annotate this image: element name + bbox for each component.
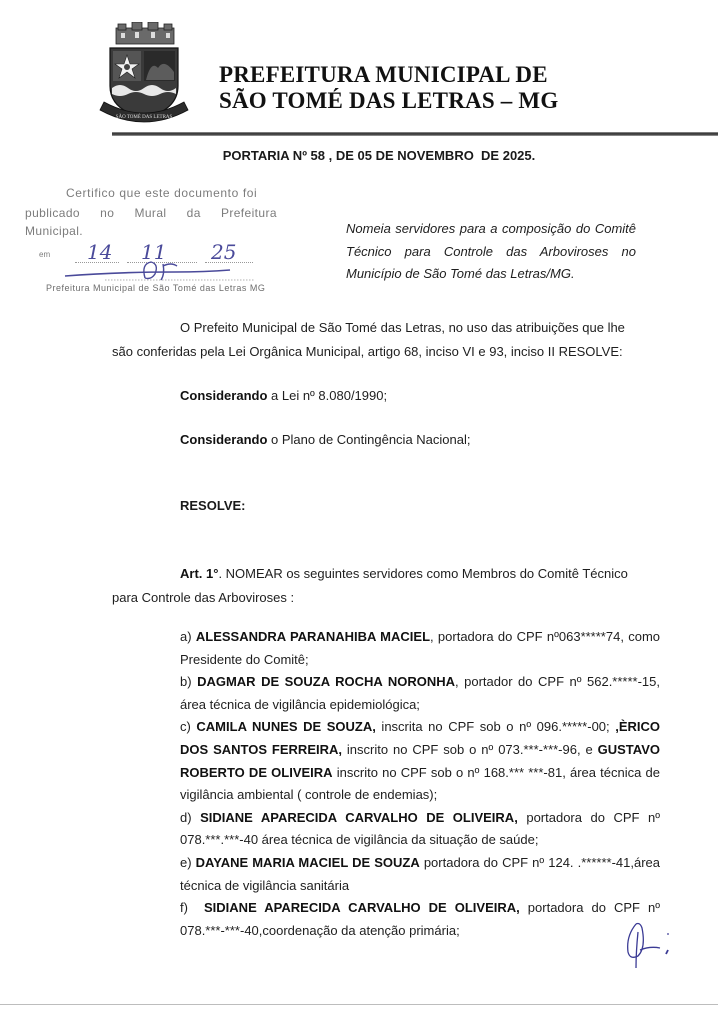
member-name: CAMILA NUNES DE SOUZA,: [196, 719, 375, 734]
stamp-line3: Municipal.: [25, 224, 83, 238]
header-title-line2: SÃO TOMÉ DAS LETRAS – MG: [219, 88, 558, 114]
member-name: ALESSANDRA PARANAHIBA MACIEL: [196, 629, 430, 644]
intro-paragraph: O Prefeito Municipal de São Tomé das Let…: [112, 316, 672, 364]
member-name: SIDIANE APARECIDA CARVALHO DE OLIVEIRA,: [200, 810, 518, 825]
article-1: Art. 1°. NOMEAR os seguintes servidores …: [112, 562, 672, 610]
ementa-summary: Nomeia servidores para a composição do C…: [346, 218, 636, 286]
member-name: SIDIANE APARECIDA CARVALHO DE OLIVEIRA,: [204, 900, 520, 915]
considerando-2: Considerando o Plano de Contingência Nac…: [180, 428, 471, 452]
member-name: DAGMAR DE SOUZA ROCHA NORONHA: [197, 674, 455, 689]
header-title-line1: PREFEITURA MUNICIPAL DE: [219, 62, 548, 88]
stamp-line1: Certifico que este documento foi: [66, 186, 257, 200]
stamp-date-prefix: em: [39, 250, 50, 259]
list-item: b) DAGMAR DE SOUZA ROCHA NORONHA, portad…: [180, 671, 660, 716]
stamp-word: publicado: [25, 206, 80, 220]
header-divider: [112, 132, 718, 136]
article-line2: para Controle das Arboviroses :: [112, 590, 294, 605]
svg-text:SÃO TOMÉ DAS LETRAS: SÃO TOMÉ DAS LETRAS: [116, 114, 173, 120]
considerando-label: Considerando: [180, 388, 267, 403]
stamp-word: Prefeitura: [221, 206, 277, 220]
member-name: DAYANE MARIA MACIEL DE SOUZA: [196, 855, 420, 870]
considerando-text: o Plano de Contingência Nacional;: [267, 432, 470, 447]
list-item: f) SIDIANE APARECIDA CARVALHO DE OLIVEIR…: [180, 897, 660, 942]
list-item: c) CAMILA NUNES DE SOUZA, inscrita no CP…: [180, 716, 660, 806]
intro-line1: O Prefeito Municipal de São Tomé das Let…: [112, 316, 672, 340]
list-item: d) SIDIANE APARECIDA CARVALHO DE OLIVEIR…: [180, 807, 660, 852]
handwritten-signature-icon: [616, 916, 686, 976]
article-label: Art. 1°: [180, 566, 218, 581]
considerando-1: Considerando a Lei nº 8.080/1990;: [180, 384, 387, 408]
article-line1: . NOMEAR os seguintes servidores como Me…: [218, 566, 627, 581]
list-item: a) ALESSANDRA PARANAHIBA MACIEL, portado…: [180, 626, 660, 671]
municipal-coat-of-arms-icon: SÃO TOMÉ DAS LETRAS: [96, 22, 192, 132]
page-bottom-edge: [0, 1004, 718, 1005]
stamp-line2: publicado no Mural da Prefeitura: [25, 206, 277, 220]
stamp-word: da: [187, 206, 201, 220]
document-title: PORTARIA Nº 58 , DE 05 DE NOVEMBRO DE 20…: [0, 148, 718, 163]
considerando-text: a Lei nº 8.080/1990;: [267, 388, 387, 403]
stamp-word: Mural: [134, 206, 166, 220]
stamp-signature-icon: [55, 256, 275, 286]
members-list: a) ALESSANDRA PARANAHIBA MACIEL, portado…: [180, 626, 660, 942]
stamp-word: no: [100, 206, 114, 220]
list-item: e) DAYANE MARIA MACIEL DE SOUZA portador…: [180, 852, 660, 897]
member-details: inscrita no CPF sob o nº 096.*****-00;: [376, 719, 615, 734]
intro-line2: são conferidas pela Lei Orgânica Municip…: [112, 344, 623, 359]
stamp-footer: Prefeitura Municipal de São Tomé das Let…: [46, 283, 265, 293]
resolve-heading: RESOLVE:: [180, 498, 246, 513]
member-details: inscrito no CPF sob o nº 073.***-***-96,…: [342, 742, 598, 757]
considerando-label: Considerando: [180, 432, 267, 447]
